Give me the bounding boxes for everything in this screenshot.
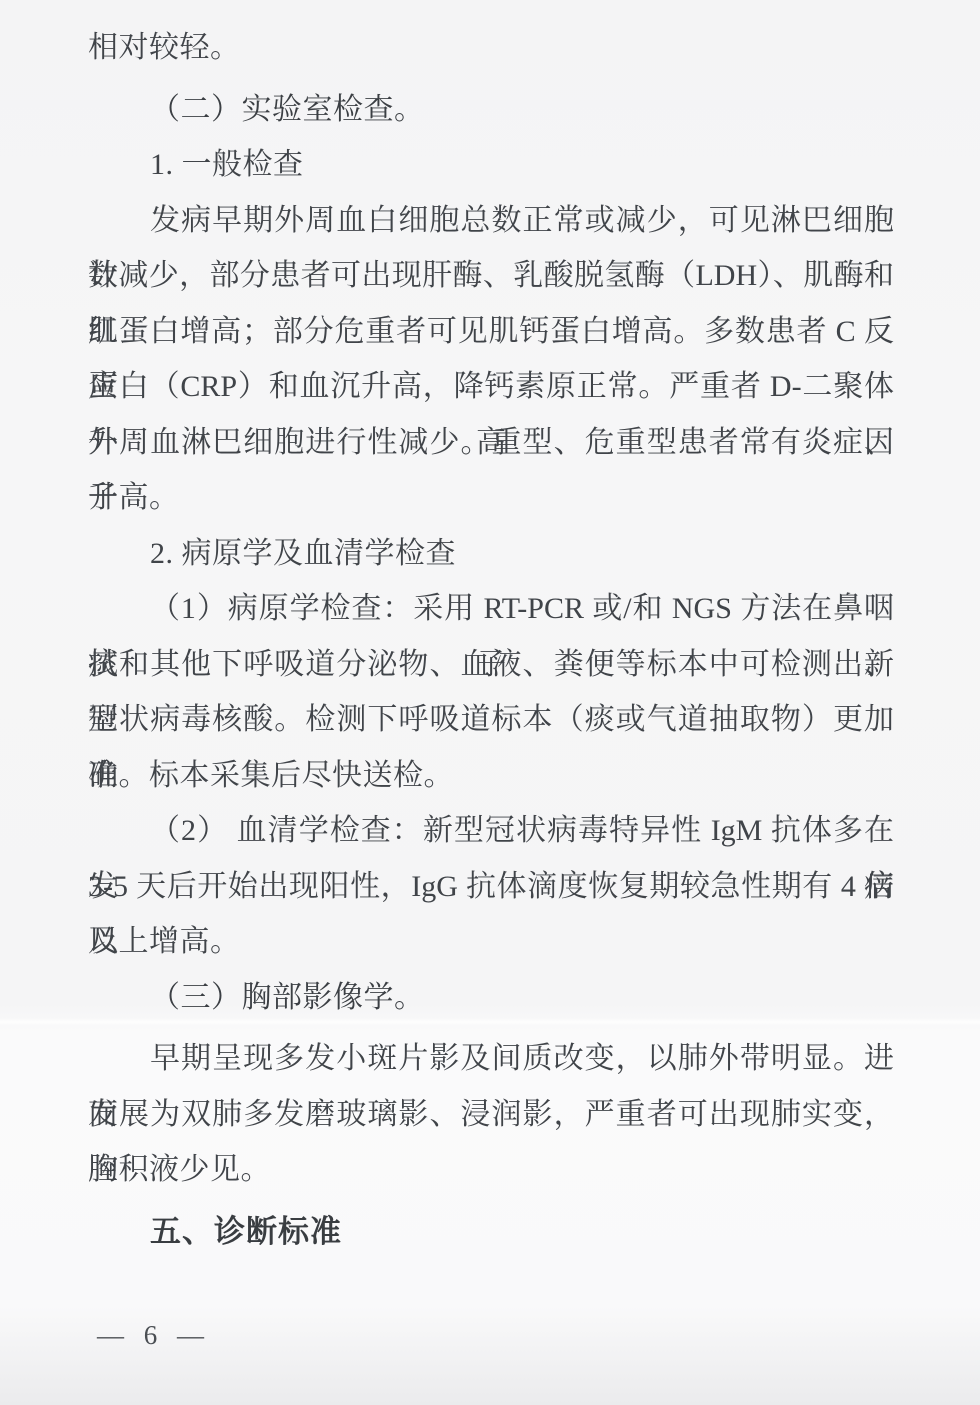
- text-line: 腔积液少见。: [88, 1142, 894, 1198]
- text-line: 升高。: [88, 470, 894, 526]
- section-heading-chest-imaging: （三）胸部影像学。: [88, 970, 894, 1026]
- text-line: 3-5 天后开始出现阳性，IgG 抗体滴度恢复期较急性期有 4 倍及: [88, 859, 894, 915]
- text-line: 发病早期外周血白细胞总数正常或减少，可见淋巴细胞计: [88, 193, 894, 249]
- scanned-document-page: 相对较轻。（二）实验室检查。1. 一般检查发病早期外周血白细胞总数正常或减少，可…: [0, 0, 980, 1405]
- text-line: 数减少，部分患者可出现肝酶、乳酸脱氢酶（LDH）、肌酶和肌: [88, 248, 894, 304]
- text-line: 以上增高。: [88, 914, 894, 970]
- text-line: （2） 血清学检查：新型冠状病毒特异性 IgM 抗体多在发病: [88, 803, 894, 859]
- subsection-heading-general-tests: 1. 一般检查: [88, 137, 894, 193]
- chapter-heading-diagnosis-criteria: 五、诊断标准: [88, 1204, 894, 1260]
- text-line: 痰和其他下呼吸道分泌物、血液、粪便等标本中可检测出新型: [88, 637, 894, 693]
- page-number: — 6 —: [97, 1320, 204, 1351]
- text-line: 冠状病毒核酸。检测下呼吸道标本（痰或气道抽取物）更加准: [88, 692, 894, 748]
- text-line: 相对较轻。: [88, 20, 894, 76]
- text-line: 发展为双肺多发磨玻璃影、浸润影，严重者可出现肺实变，胸: [88, 1087, 894, 1143]
- text-line: （1）病原学检查：采用 RT-PCR 或/和 NGS 方法在鼻咽拭子、: [88, 581, 894, 637]
- subsection-heading-pathogen-serology: 2. 病原学及血清学检查: [88, 526, 894, 582]
- document-body: 相对较轻。（二）实验室检查。1. 一般检查发病早期外周血白细胞总数正常或减少，可…: [88, 20, 894, 1259]
- text-line: 蛋白（CRP）和血沉升高，降钙素原正常。严重者 D-二聚体升高、: [88, 359, 894, 415]
- text-line: 确。标本采集后尽快送检。: [88, 748, 894, 804]
- text-line: 外周血淋巴细胞进行性减少。重型、危重型患者常有炎症因子: [88, 415, 894, 471]
- text-line: 红蛋白增高；部分危重者可见肌钙蛋白增高。多数患者 C 反应: [88, 304, 894, 360]
- text-line: 早期呈现多发小斑片影及间质改变，以肺外带明显。进而: [88, 1031, 894, 1087]
- section-heading-lab-tests: （二）实验室检查。: [88, 82, 894, 138]
